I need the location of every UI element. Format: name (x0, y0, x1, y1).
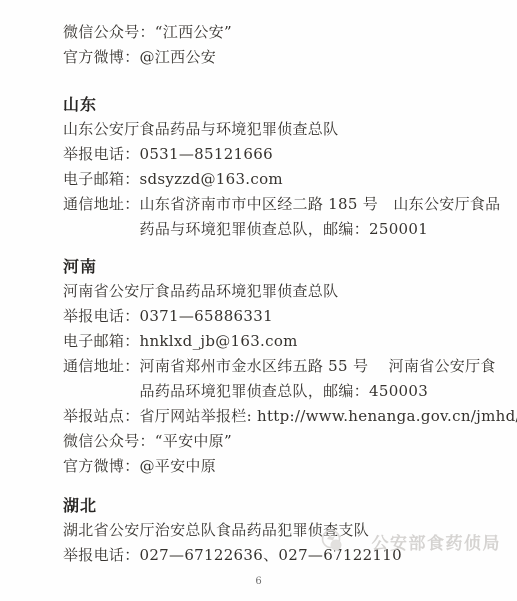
document-content: 微信公众号：“江西公安” 官方微博：@江西公安 山东 山东公安厅食品药品与环境犯… (63, 20, 503, 568)
address-line2: 品药品环境犯罪侦查总队，邮编：450003 (140, 382, 429, 400)
unit-name-henan: 河南省公安厅食品药品环境犯罪侦查总队 (63, 279, 503, 304)
watermark: 公安部食药侦局 (320, 488, 501, 594)
weibo-henan: 官方微博：@平安中原 (63, 454, 503, 479)
email-shandong: 电子邮箱：sdsyzzd@163.com (63, 167, 503, 192)
address-label: 通信地址： (63, 354, 140, 379)
address-label: 通信地址： (63, 192, 140, 217)
mailing-address-henan: 通信地址： 河南省郑州市金水区纬五路 55 号 河南省公安厅食品药品环境犯罪侦查… (63, 354, 503, 404)
jiangxi-wechat-line: 微信公众号：“江西公安” (63, 20, 503, 45)
document-page: 微信公众号：“江西公安” 官方微博：@江西公安 山东 山东公安厅食品药品与环境犯… (0, 0, 517, 601)
section-shandong: 山东 山东公安厅食品药品与环境犯罪侦查总队 举报电话：0531—85121666… (63, 92, 503, 242)
address-line1: 河南省郑州市金水区纬五路 55 号 河南省公安厅食 (140, 357, 496, 375)
police-badge-icon (320, 488, 365, 594)
mailing-address-shandong: 通信地址： 山东省济南市市中区经二路 185 号 山东公安厅食品药品与环境犯罪侦… (63, 192, 503, 242)
province-heading-henan: 河南 (63, 254, 503, 279)
address-line1: 山东省济南市市中区经二路 185 号 山东公安厅食品 (140, 195, 501, 213)
watermark-text: 公安部食药侦局 (372, 529, 502, 554)
report-site-henan: 举报站点：省厅网站举报栏: http://www.henanga.gov.cn/… (63, 404, 503, 429)
email-henan: 电子邮箱：hnklxd_jb@163.com (63, 329, 503, 354)
jiangxi-weibo-line: 官方微博：@江西公安 (63, 45, 503, 70)
address-line2: 药品与环境犯罪侦查总队，邮编：250001 (140, 220, 429, 238)
report-phone-henan: 举报电话：0371—65886331 (63, 304, 503, 329)
section-henan: 河南 河南省公安厅食品药品环境犯罪侦查总队 举报电话：0371—65886331… (63, 254, 503, 479)
unit-name-shandong: 山东公安厅食品药品与环境犯罪侦查总队 (63, 117, 503, 142)
address-text: 河南省郑州市金水区纬五路 55 号 河南省公安厅食品药品环境犯罪侦查总队，邮编：… (140, 354, 496, 404)
address-text: 山东省济南市市中区经二路 185 号 山东公安厅食品药品与环境犯罪侦查总队，邮编… (140, 192, 501, 242)
report-phone-shandong: 举报电话：0531—85121666 (63, 142, 503, 167)
province-heading-shandong: 山东 (63, 92, 503, 117)
wechat-henan: 微信公众号：“平安中原” (63, 429, 503, 454)
